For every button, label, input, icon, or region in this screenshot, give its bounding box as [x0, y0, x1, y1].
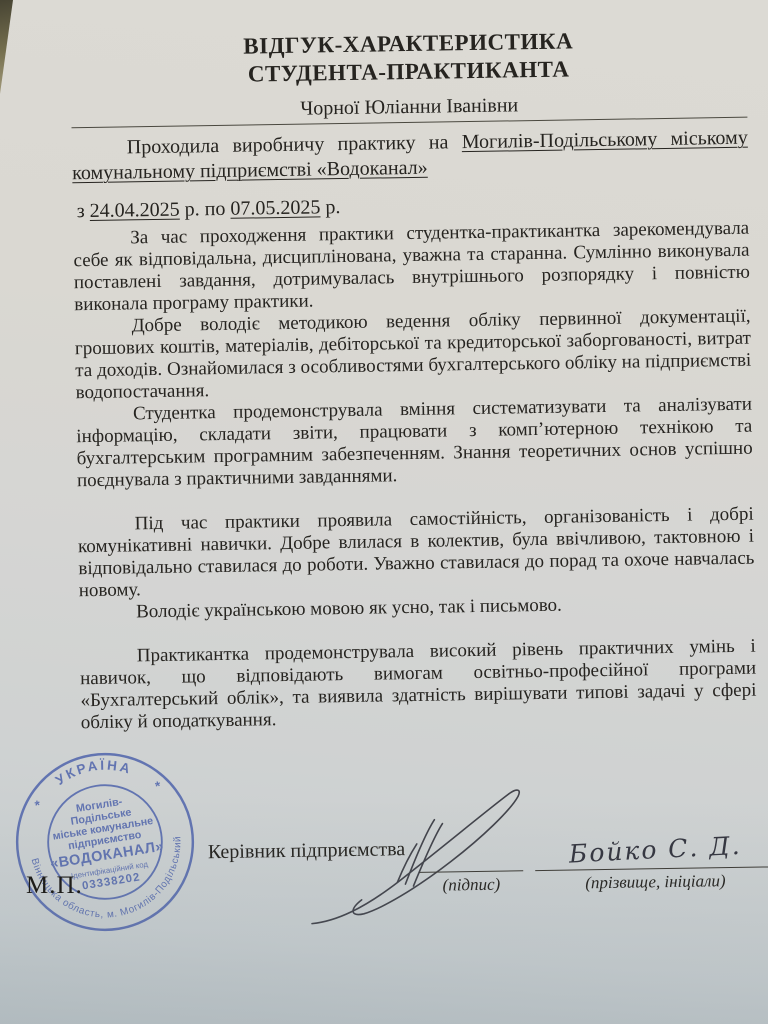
paragraph-3: Студентка продемонструвала вміння систем… [76, 394, 753, 493]
document-title: ВІДГУК-ХАРАКТЕРИСТИКА СТУДЕНТА-ПРАКТИКАН… [70, 25, 747, 92]
stamp-star-left: * [34, 797, 42, 813]
round-seal-stamp: УКРАЇНА * * Вінницька область, м. Могилі… [0, 735, 212, 950]
seal-place-label: М.П. [26, 872, 83, 900]
name-field: Бойко С. Д. (прізвище, ініціали) [534, 814, 768, 894]
intro-prefix: Проходила виробничу практику на [127, 131, 462, 158]
stamp-star-right: * [154, 778, 162, 794]
period-date-from: 24.04.2025 [90, 199, 180, 222]
internship-place-paragraph: Проходила виробничу практику на Могилів-… [72, 126, 749, 187]
student-name: Чорної Юліанни Іванівни [300, 94, 518, 119]
handwritten-name: Бойко С. Д. [568, 832, 742, 873]
student-name-row: Чорної Юліанни Іванівни [71, 90, 747, 129]
photo-background-corner [0, 0, 13, 94]
paragraph-1: За час проходження практики студентка-пр… [73, 218, 750, 317]
paragraph-4: Під час практики проявила самостійність,… [78, 504, 755, 603]
internship-period: з 24.04.2025 р. по 07.05.2025 р. [77, 189, 749, 224]
signature-line [419, 840, 523, 873]
name-line: Бойко С. Д. [534, 814, 768, 871]
document-page: ВІДГУК-ХАРАКТЕРИСТИКА СТУДЕНТА-ПРАКТИКАН… [70, 25, 757, 735]
paragraph-6: Практикантка продемонструвала високий рі… [80, 636, 757, 735]
period-prefix: з [77, 200, 90, 222]
period-suffix: р. [320, 196, 340, 218]
paragraph-2: Добре володіє методикою ведення обліку п… [74, 306, 751, 405]
stamp-country-text: УКРАЇНА [51, 752, 136, 789]
period-middle: р. по [180, 198, 231, 221]
signature-caption: (підпис) [419, 874, 523, 896]
document-photo: ВІДГУК-ХАРАКТЕРИСТИКА СТУДЕНТА-ПРАКТИКАН… [0, 0, 768, 1024]
name-caption: (прізвище, ініціали) [535, 870, 768, 894]
period-date-to: 07.05.2025 [230, 196, 320, 219]
signature-field: (підпис) [419, 840, 524, 896]
